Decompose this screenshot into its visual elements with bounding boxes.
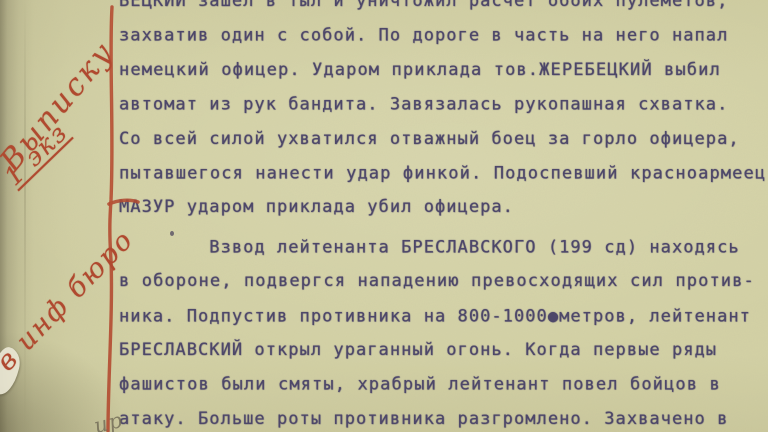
typed-line: БЕЦКИЙ зашел в тыл и уничтожил расчет об… [119,0,768,18]
typed-line: БРЕСЛАВСКИЙ открыл ураганный огонь. Когд… [119,333,768,367]
typed-line: немецкий офицер. Ударом приклада тов.ЖЕР… [119,53,768,87]
typed-line: ника. Подпустив противника на 800-1000●м… [119,299,768,333]
typed-line: автомат из рук бандита. Завязалась рукоп… [119,88,768,122]
typed-line: Взвод лейтенанта БРЕСЛАВСКОГО (199 сд) н… [119,230,768,264]
typed-line: атаку. Больше роты противника разгромлен… [119,402,768,432]
typed-line: пытавшегося нанести удар финкой. Подоспе… [119,157,768,191]
handwritten-note-info-bureau: в инф бюро [0,230,134,377]
scanned-document-page: БЕЦКИЙ зашел в тыл и уничтожил расчет об… [0,0,768,432]
page-edge-crease [24,0,26,432]
ink-speck [170,231,174,236]
typed-line: в обороне, подвергся нападению превосход… [119,264,768,298]
pencil-note: ир [92,408,126,432]
typed-line: захватив один с собой. По дороге в часть… [119,19,768,53]
typed-text-block: БЕЦКИЙ зашел в тыл и уничтожил расчет об… [119,0,768,432]
typed-line: Со всей силой ухватился отважный боец за… [119,122,768,156]
typed-line: МАЗУР ударом приклада убил офицера. [119,190,768,224]
typed-line: фашистов были смяты, храбрый лейтенант п… [119,368,768,402]
